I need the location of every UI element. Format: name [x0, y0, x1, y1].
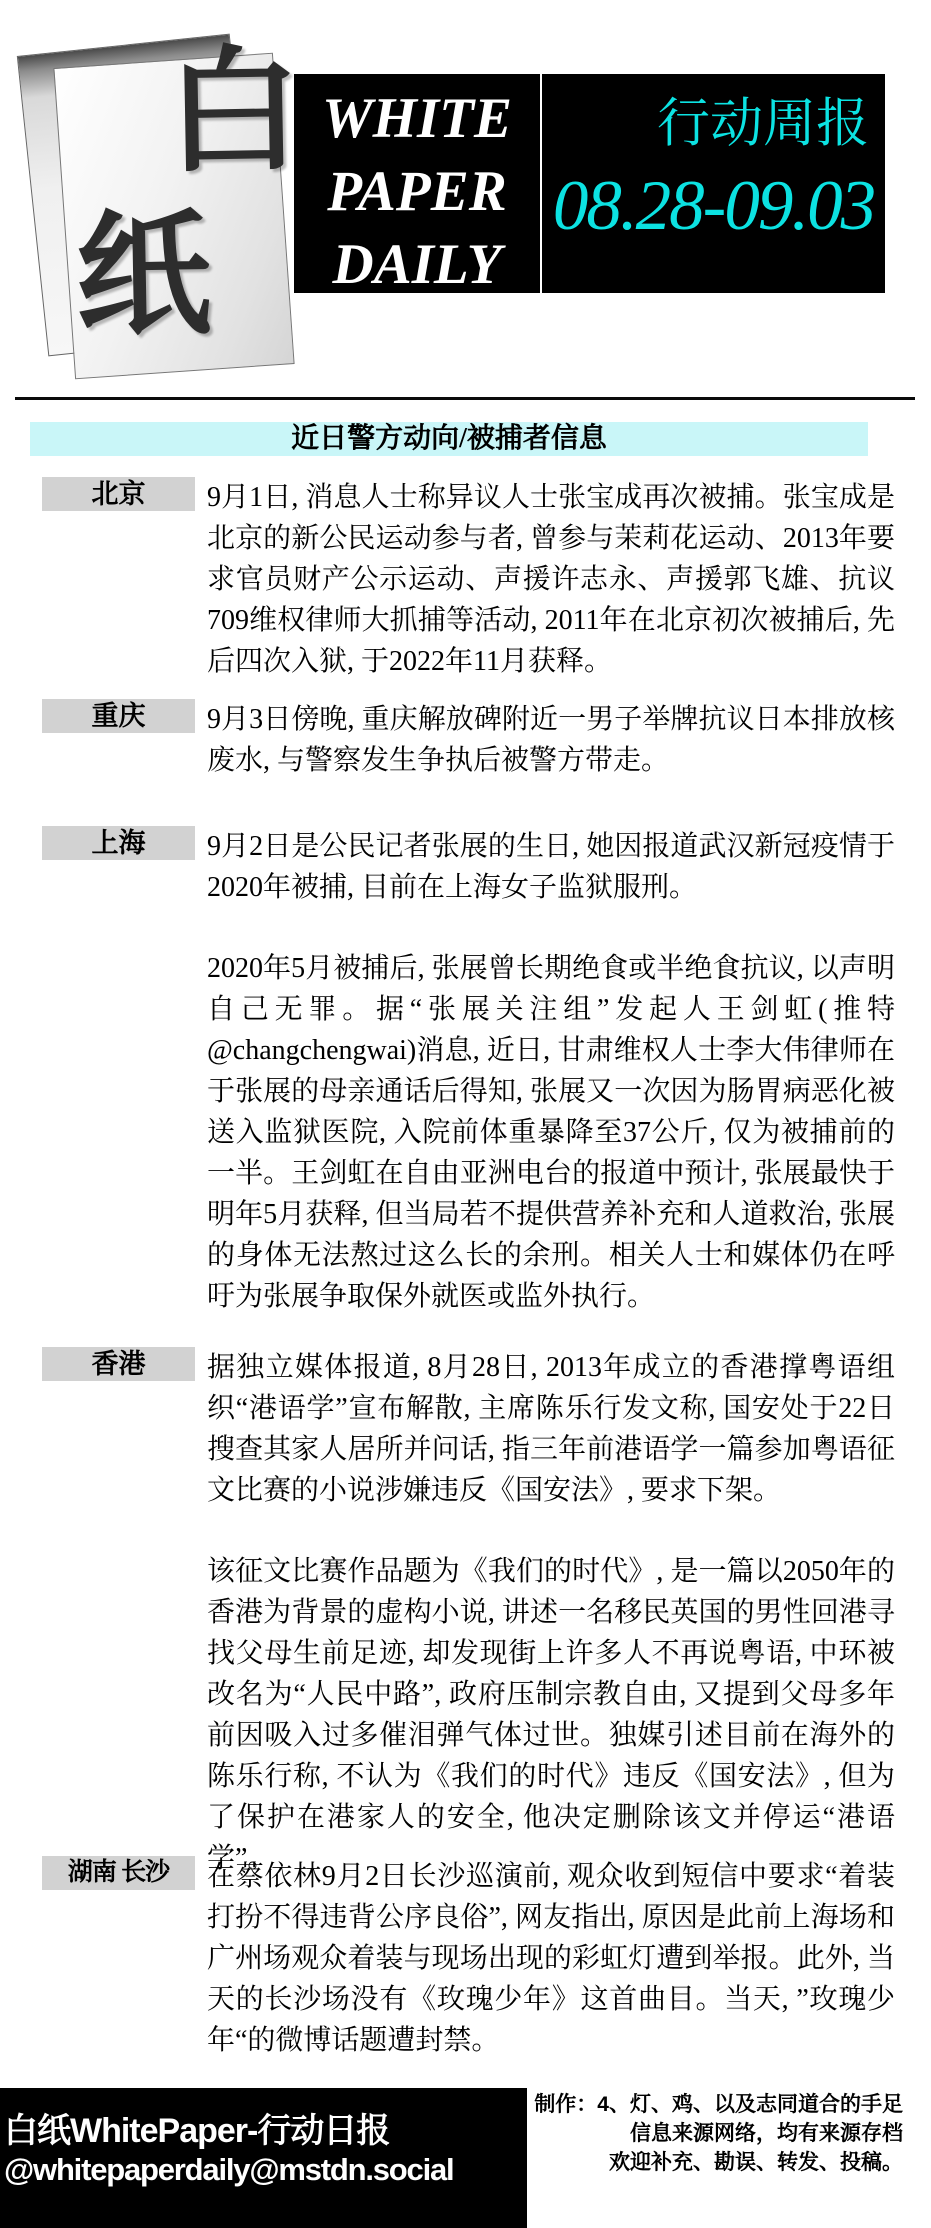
city-paragraphs: 据独立媒体报道, 8月28日, 2013年成立的香港撑粤语组织“港语学”宣布解散…: [207, 1347, 895, 1879]
credits-line-sources: 信息来源网络，均有来源存档: [523, 2119, 903, 2148]
news-paragraph: 9月1日, 消息人士称异议人士张宝成再次被捕。张宝成是北京的新公民运动参与者, …: [207, 477, 895, 682]
footer-brand-title: 白纸WhitePaper-行动日报: [4, 2112, 527, 2151]
city-section: 上海9月2日是公民记者张展的生日, 她因报道武汉新冠疫情于2020年被捕, 目前…: [42, 826, 895, 1317]
news-paragraph: 在蔡依林9月2日长沙巡演前, 观众收到短信中要求“着装打扮不得违背公序良俗”, …: [207, 1856, 895, 2061]
city-paragraphs: 9月2日是公民记者张展的生日, 她因报道武汉新冠疫情于2020年被捕, 目前在上…: [207, 826, 895, 1317]
city-label: 北京: [42, 477, 195, 511]
footer-credits: 制作：4、灯、鸡、以及志同道合的手足 信息来源网络，均有来源存档 欢迎补充、勘误…: [523, 2090, 903, 2177]
city-section: 重庆9月3日傍晚, 重庆解放碑附近一男子举牌抗议日本排放核废水, 与警察发生争执…: [42, 699, 895, 781]
city-section: 香港据独立媒体报道, 8月28日, 2013年成立的香港撑粤语组织“港语学”宣布…: [42, 1347, 895, 1879]
masthead-line-white: WHITE: [294, 82, 540, 155]
city-label: 香港: [42, 1347, 195, 1381]
credits-line-welcome: 欢迎补充、勘误、转发、投稿。: [523, 2148, 903, 2177]
city-label: 上海: [42, 826, 195, 860]
masthead-title-box: WHITE PAPER DAILY: [294, 74, 540, 293]
whitepaper-logo: 白 纸: [18, 14, 318, 384]
newsletter-page: 白 纸 WHITE PAPER DAILY 行动周报 08.28-09.03 近…: [0, 0, 931, 2228]
city-label: 湖南 长沙: [42, 1856, 195, 1890]
city-paragraphs: 9月1日, 消息人士称异议人士张宝成再次被捕。张宝成是北京的新公民运动参与者, …: [207, 477, 895, 682]
divider-line: [15, 397, 915, 400]
city-label: 重庆: [42, 699, 195, 733]
date-range: 08.28-09.03: [542, 169, 885, 243]
credits-line-makers: 制作：4、灯、鸡、以及志同道合的手足: [523, 2090, 903, 2119]
news-paragraph: 9月2日是公民记者张展的生日, 她因报道武汉新冠疫情于2020年被捕, 目前在上…: [207, 826, 895, 908]
city-section: 湖南 长沙在蔡依林9月2日长沙巡演前, 观众收到短信中要求“着装打扮不得违背公序…: [42, 1856, 895, 2061]
masthead-line-daily: DAILY: [294, 228, 540, 301]
issue-label: 行动周报: [542, 74, 885, 152]
footer-brand-box: 白纸WhitePaper-行动日报 @whitepaperdaily@mstdn…: [0, 2088, 527, 2228]
logo-char-zhi: 纸: [75, 209, 212, 346]
news-paragraph: 据独立媒体报道, 8月28日, 2013年成立的香港撑粤语组织“港语学”宣布解散…: [207, 1347, 895, 1511]
news-paragraph: 该征文比赛作品题为《我们的时代》, 是一篇以2050年的香港为背景的虚构小说, …: [207, 1551, 895, 1879]
city-paragraphs: 9月3日傍晚, 重庆解放碑附近一男子举牌抗议日本排放核废水, 与警察发生争执后被…: [207, 699, 895, 781]
city-section: 北京9月1日, 消息人士称异议人士张宝成再次被捕。张宝成是北京的新公民运动参与者…: [42, 477, 895, 682]
news-paragraph: 2020年5月被捕后, 张展曾长期绝食或半绝食抗议, 以声明自己无罪。据“张展关…: [207, 948, 895, 1317]
masthead-line-paper: PAPER: [294, 155, 540, 228]
section-banner-title: 近日警方动向/被捕者信息: [30, 422, 868, 456]
issue-box: 行动周报 08.28-09.03: [542, 74, 885, 293]
logo-char-bai: 白: [165, 45, 302, 182]
news-sections: 北京9月1日, 消息人士称异议人士张宝成再次被捕。张宝成是北京的新公民运动参与者…: [42, 477, 895, 2088]
footer-mastodon-handle: @whitepaperdaily@mstdn.social: [4, 2151, 527, 2188]
city-paragraphs: 在蔡依林9月2日长沙巡演前, 观众收到短信中要求“着装打扮不得违背公序良俗”, …: [207, 1856, 895, 2061]
news-paragraph: 9月3日傍晚, 重庆解放碑附近一男子举牌抗议日本排放核废水, 与警察发生争执后被…: [207, 699, 895, 781]
